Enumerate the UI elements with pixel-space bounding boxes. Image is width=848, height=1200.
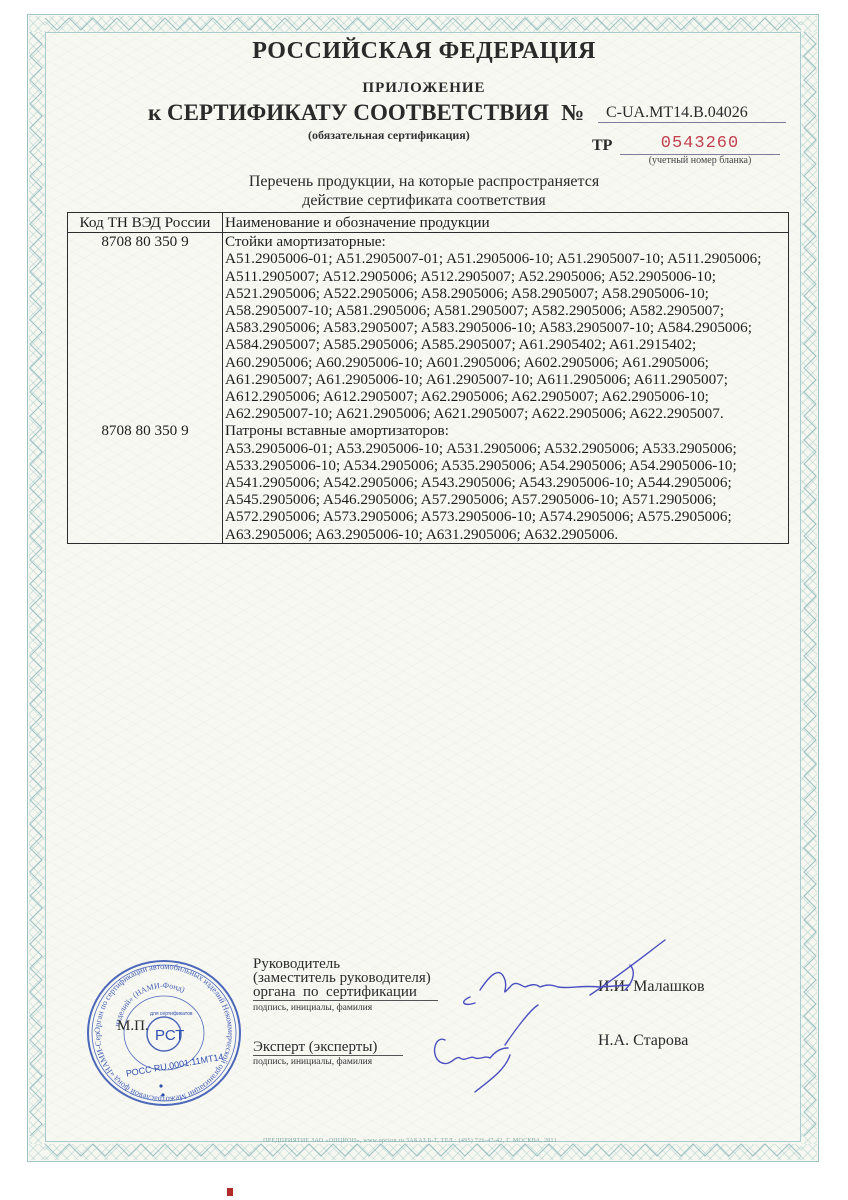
product-codes-line: A51.2905006-01; A51.2905007-01; A51.2905… bbox=[225, 250, 786, 267]
product-codes-line: A545.2905006; A546.2905006; A57.2905006;… bbox=[225, 491, 786, 508]
table-row: 8708 80 350 9Патроны вставные амортизато… bbox=[68, 422, 789, 543]
column-header-product: Наименование и обозначение продукции bbox=[223, 213, 789, 233]
product-codes-line: A584.2905007; A585.2905006; A585.2905007… bbox=[225, 336, 786, 353]
product-group-title: Стойки амортизаторные: bbox=[225, 233, 786, 250]
product-codes-line: A58.2905007-10; A581.2905006; A581.29050… bbox=[225, 302, 786, 319]
product-codes-line: A533.2905006-10; A534.2905006; A535.2905… bbox=[225, 457, 786, 474]
printer-imprint: ПРЕДПРИЯТИЕ ЗАО «ОПЦИОН», www.opcion.ru … bbox=[100, 1138, 720, 1150]
column-header-code: Код ТН ВЭД России bbox=[68, 213, 223, 233]
appendix-heading: ПРИЛОЖЕНИЕ bbox=[0, 80, 848, 97]
product-codes-line: A521.2905006; A522.2905006; A58.2905006;… bbox=[225, 285, 786, 302]
product-codes-line: A541.2905006; A542.2905006; A543.2905006… bbox=[225, 474, 786, 491]
svg-text:для сертификатов: для сертификатов bbox=[150, 1011, 193, 1017]
product-list-title-line-2: действие сертификата соответствия bbox=[0, 191, 848, 210]
expert-name: Н.А. Старова bbox=[598, 1032, 688, 1050]
product-codes-line: A53.2905006-01; A53.2905006-10; A531.290… bbox=[225, 440, 786, 457]
head-signature-caption: подпись, инициалы, фамилия bbox=[253, 1003, 372, 1013]
certificate-title: к СЕРТИФИКАТУ СООТВЕТСТВИЯ№ bbox=[148, 100, 584, 126]
product-group-title: Патроны вставные амортизаторов: bbox=[225, 422, 786, 439]
expert-signature-caption: подпись, инициалы, фамилия bbox=[253, 1057, 372, 1067]
product-table: Код ТН ВЭД России Наименование и обознач… bbox=[67, 212, 789, 544]
table-header-row: Код ТН ВЭД России Наименование и обознач… bbox=[68, 213, 789, 233]
head-title-line-3: органа по сертификации bbox=[253, 985, 438, 1001]
certificate-title-text: к СЕРТИФИКАТУ СООТВЕТСТВИЯ bbox=[148, 100, 549, 125]
tr-label: ТР bbox=[592, 137, 612, 155]
product-codes-line: A572.2905006; A573.2905006; A573.2905006… bbox=[225, 508, 786, 525]
product-codes-line: A583.2905006; A583.2905007; A583.2905006… bbox=[225, 319, 786, 336]
mandatory-certification-note: (обязательная сертификация) bbox=[308, 128, 470, 143]
product-cell: Патроны вставные амортизаторов:A53.29050… bbox=[223, 422, 789, 543]
hs-code-cell: 8708 80 350 9 bbox=[68, 233, 223, 423]
product-list-title: Перечень продукции, на которые распростр… bbox=[0, 172, 848, 210]
expert-signature bbox=[420, 1000, 550, 1095]
svg-text:РСТ: РСТ bbox=[155, 1027, 184, 1044]
product-cell: Стойки амортизаторные:A51.2905006-01; A5… bbox=[223, 233, 789, 423]
product-codes-line: A60.2905006; A60.2905006-10; A601.290500… bbox=[225, 354, 786, 371]
product-codes-line: A62.2905007-10; A621.2905006; A621.29050… bbox=[225, 405, 786, 422]
red-mark bbox=[227, 1188, 233, 1196]
product-codes-line: A61.2905007; A61.2905006-10; A61.2905007… bbox=[225, 371, 786, 388]
product-codes-line: A511.2905007; A512.2905006; A512.2905007… bbox=[225, 268, 786, 285]
product-codes-line: A63.2905006; A63.2905006-10; A631.290500… bbox=[225, 526, 786, 543]
country-heading: РОССИЙСКАЯ ФЕДЕРАЦИЯ bbox=[0, 38, 848, 65]
svg-text:РОСС RU.0001.11МТ14: РОСС RU.0001.11МТ14 bbox=[125, 1052, 224, 1079]
number-sign: № bbox=[561, 100, 584, 125]
official-stamp: Орган по сертификации автомобильных изде… bbox=[81, 958, 247, 1108]
form-serial-caption: (учетный номер бланка) bbox=[610, 155, 790, 166]
product-codes-line: A612.2905006; A612.2905007; A62.2905006;… bbox=[225, 388, 786, 405]
table-row: 8708 80 350 9Стойки амортизаторные:A51.2… bbox=[68, 233, 789, 423]
expert-title: Эксперт (эксперты) bbox=[253, 1040, 403, 1056]
product-list-title-line-1: Перечень продукции, на которые распростр… bbox=[0, 172, 848, 191]
form-serial-number: 0543260 bbox=[620, 134, 780, 155]
hs-code-cell: 8708 80 350 9 bbox=[68, 422, 223, 543]
top-ornament bbox=[45, 17, 801, 31]
certificate-number: C-UA.MT14.B.04026 bbox=[598, 104, 786, 123]
seal-place-label: М.П. bbox=[117, 1018, 149, 1035]
